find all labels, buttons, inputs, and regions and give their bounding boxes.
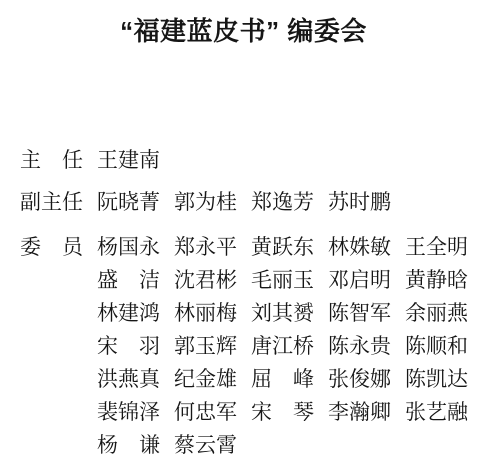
- member-name: 陈智军: [328, 297, 391, 330]
- section-deputy-directors: 副主任 阮晓菁 郭为桂 郑逸芳 苏时鹏: [20, 186, 487, 219]
- member-name: 宋 羽: [97, 330, 160, 363]
- member-name: 郑逸芳: [251, 186, 314, 219]
- member-name: 杨国永: [97, 231, 160, 264]
- book-page: “福建蓝皮书” 编委会 主 任 王建南 副主任 阮晓菁 郭为桂 郑逸芳 苏时鹏: [0, 0, 487, 469]
- name-row: 裴锦泽 何忠军 宋 琴 李瀚卿 张艺融: [97, 396, 468, 429]
- member-name: 杨 谦: [97, 429, 160, 462]
- deputy-names: 阮晓菁 郭为桂 郑逸芳 苏时鹏: [97, 186, 391, 219]
- member-name: 屈 峰: [251, 363, 314, 396]
- member-name: 裴锦泽: [97, 396, 160, 429]
- member-name: 张艺融: [405, 396, 468, 429]
- name-row: 杨 谦 蔡云霄: [97, 429, 468, 462]
- member-name: 黄跃东: [251, 231, 314, 264]
- section-members: 委 员 杨国永 郑永平 黄跃东 林姝敏 王全明 盛 洁 沈君彬 毛丽玉 邓启明 …: [20, 231, 487, 462]
- committee-roster: 主 任 王建南 副主任 阮晓菁 郭为桂 郑逸芳 苏时鹏 委 员: [20, 144, 487, 462]
- member-name: 林丽梅: [174, 297, 237, 330]
- member-name: 蔡云霄: [174, 429, 237, 462]
- role-label-director: 主 任: [20, 144, 83, 177]
- name-row: 杨国永 郑永平 黄跃东 林姝敏 王全明: [97, 231, 468, 264]
- member-name: 盛 洁: [97, 264, 160, 297]
- member-name: 林姝敏: [328, 231, 391, 264]
- member-name: 陈永贵: [328, 330, 391, 363]
- member-names: 杨国永 郑永平 黄跃东 林姝敏 王全明 盛 洁 沈君彬 毛丽玉 邓启明 黄静晗 …: [97, 231, 468, 462]
- name-row: 宋 羽 郭玉辉 唐江桥 陈永贵 陈顺和: [97, 330, 468, 363]
- name-row: 阮晓菁 郭为桂 郑逸芳 苏时鹏: [97, 186, 391, 219]
- member-name: 黄静晗: [405, 264, 468, 297]
- member-name: 宋 琴: [251, 396, 314, 429]
- member-name: 毛丽玉: [251, 264, 314, 297]
- member-name: 郭为桂: [174, 186, 237, 219]
- member-name: 林建鸿: [97, 297, 160, 330]
- director-names: 王建南: [97, 144, 160, 177]
- member-name: 李瀚卿: [328, 396, 391, 429]
- name-row: 洪燕真 纪金雄 屈 峰 张俊娜 陈凯达: [97, 363, 468, 396]
- page-title: “福建蓝皮书” 编委会: [0, 0, 487, 49]
- member-name: 张俊娜: [328, 363, 391, 396]
- member-name: 陈凯达: [405, 363, 468, 396]
- member-name: 唐江桥: [251, 330, 314, 363]
- member-name: 余丽燕: [405, 297, 468, 330]
- role-label-deputy: 副主任: [20, 186, 83, 219]
- member-name: 王建南: [97, 144, 160, 177]
- member-name: 阮晓菁: [97, 186, 160, 219]
- section-director: 主 任 王建南: [20, 144, 487, 177]
- member-name: 刘其赟: [251, 297, 314, 330]
- name-row: 王建南: [97, 144, 160, 177]
- member-name: 苏时鹏: [328, 186, 391, 219]
- name-row: 盛 洁 沈君彬 毛丽玉 邓启明 黄静晗: [97, 264, 468, 297]
- member-name: 沈君彬: [174, 264, 237, 297]
- name-row: 林建鸿 林丽梅 刘其赟 陈智军 余丽燕: [97, 297, 468, 330]
- member-name: 王全明: [405, 231, 468, 264]
- member-name: 洪燕真: [97, 363, 160, 396]
- member-name: 郑永平: [174, 231, 237, 264]
- member-name: 纪金雄: [174, 363, 237, 396]
- role-label-members: 委 员: [20, 231, 83, 264]
- member-name: 邓启明: [328, 264, 391, 297]
- member-name: 何忠军: [174, 396, 237, 429]
- member-name: 陈顺和: [405, 330, 468, 363]
- member-name: 郭玉辉: [174, 330, 237, 363]
